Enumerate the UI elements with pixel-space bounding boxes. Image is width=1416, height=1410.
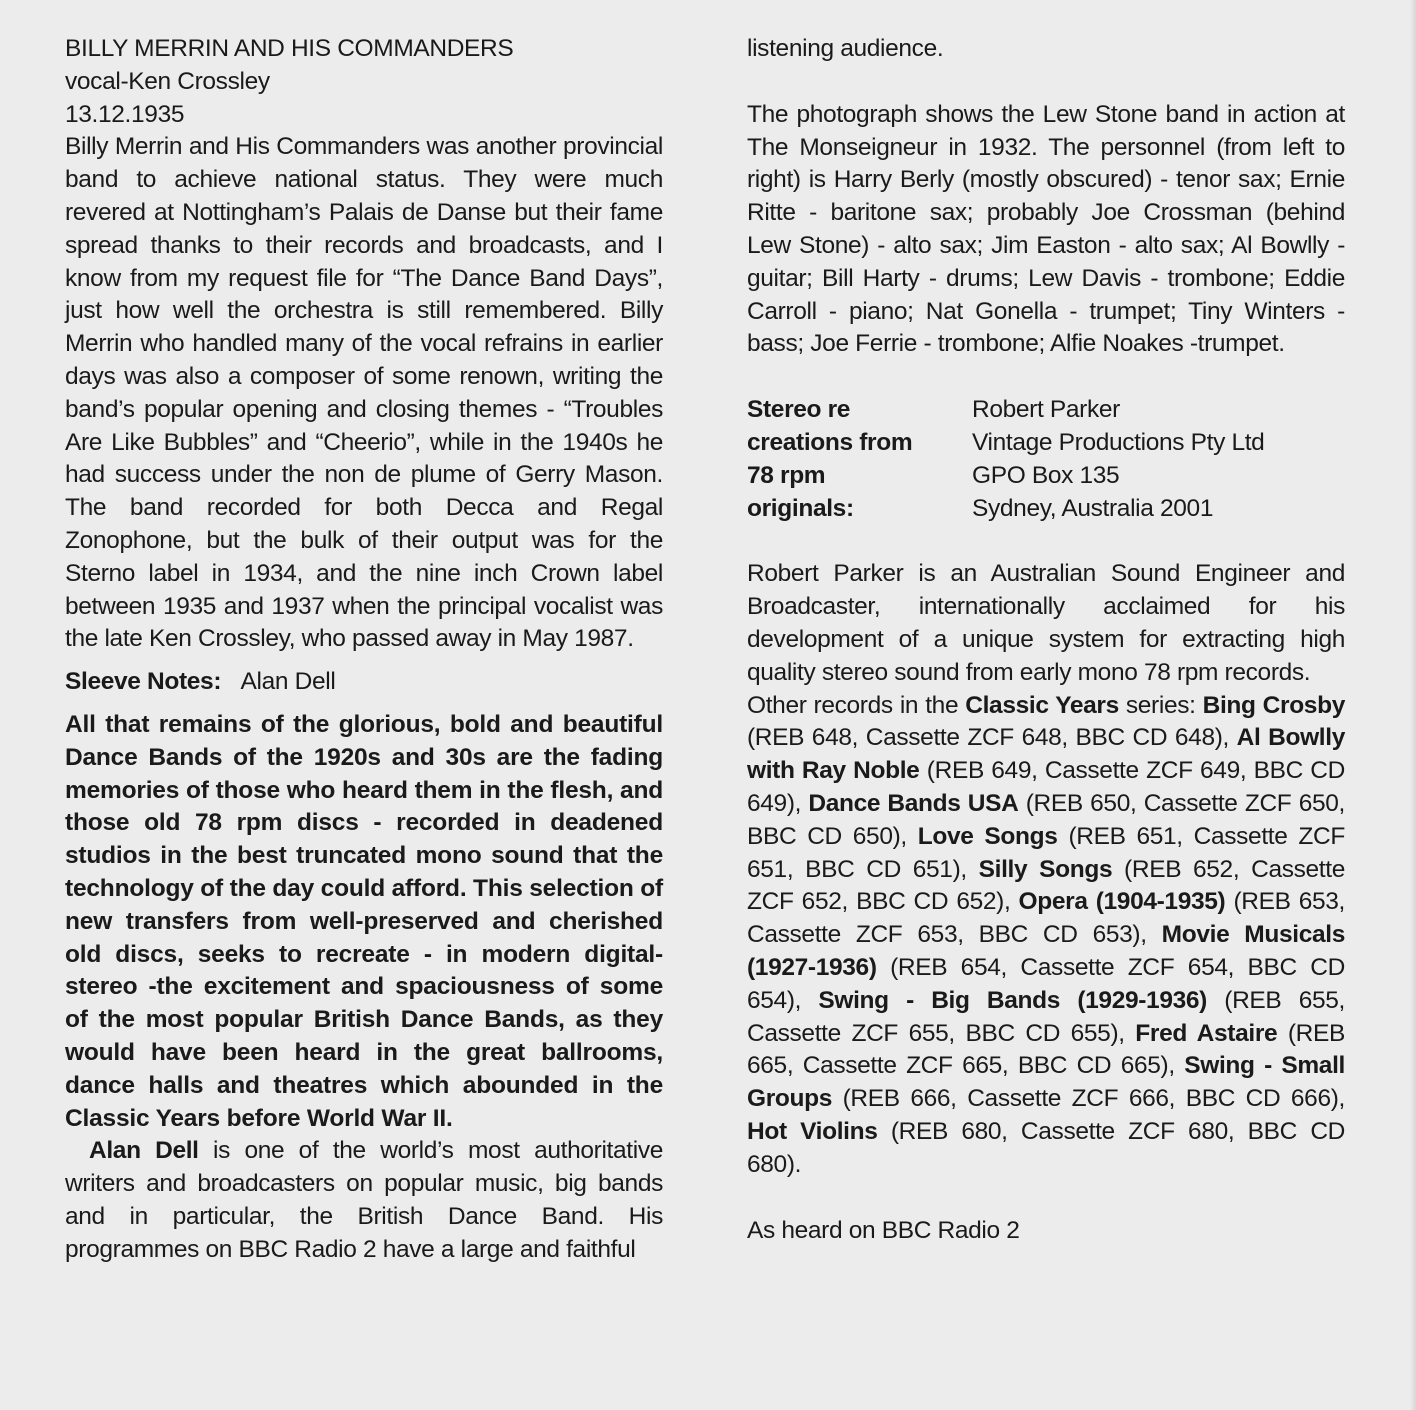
band-title: BILLY MERRIN AND HIS COMMANDERS [65,33,663,66]
track-header: BILLY MERRIN AND HIS COMMANDERS vocal-Ke… [65,33,663,131]
right-column: listening audience. The photograph shows… [747,33,1345,1247]
record-title: Opera (1904-1935) [1019,888,1226,915]
record-title: Silly Songs [979,856,1113,883]
record-entry: Hot Violins (REB 680, Cassette ZCF 680, … [747,1118,1345,1178]
record-title: Swing - Big Bands (1929-1936) [818,987,1207,1014]
author-name: Alan Dell [89,1137,199,1164]
sleeve-notes-credit: Sleeve Notes: Alan Dell [65,666,663,699]
credits-value-line: GPO Box 135 [972,460,1345,493]
record-title: Dance Bands USA [808,790,1018,817]
series-list: Other records in the Classic Years serie… [747,690,1345,1182]
credits-label-line: originals: [747,493,972,526]
record-title: Fred Astaire [1135,1020,1277,1047]
credits-value-line: Sydney, Australia 2001 [972,493,1345,526]
left-column: BILLY MERRIN AND HIS COMMANDERS vocal-Ke… [65,33,663,1266]
credits-label-line: 78 rpm [747,460,972,493]
record-title: Hot Violins [747,1118,878,1145]
record-title: Bing Crosby [1203,692,1345,719]
stereo-credits: Stereo re Robert Parker creations from V… [747,394,1345,525]
series-prefix: Other records in the [747,692,965,719]
credits-label-line: creations from [747,427,972,460]
recording-date: 13.12.1935 [65,99,663,132]
credits-value-line: Robert Parker [972,394,1345,427]
sleeve-notes-label: Sleeve Notes: [65,668,221,695]
record-title: Love Songs [918,823,1058,850]
engineer-bio: Robert Parker is an Australian Sound Eng… [747,558,1345,689]
photo-caption: The photograph shows the Lew Stone band … [747,99,1345,361]
record-refs: (REB 648, Cassette ZCF 648, BBC CD 648), [747,724,1237,751]
record-refs: (REB 666, Cassette ZCF 666, BBC CD 666), [832,1085,1345,1112]
credits-label-line: Stereo re [747,394,972,427]
vocalist: vocal-Ken Crossley [65,66,663,99]
credits-value-line: Vintage Productions Pty Ltd [972,427,1345,460]
author-bio: Alan Dell is one of the world’s most aut… [65,1135,663,1266]
page-edge-shadow [1410,0,1416,1410]
series-suffix: series: [1119,692,1203,719]
intro-paragraph: All that remains of the glorious, bold a… [65,709,663,1135]
sleeve-notes-author: Alan Dell [241,668,336,695]
series-name: Classic Years [965,692,1119,719]
band-biography: Billy Merrin and His Commanders was anot… [65,131,663,656]
radio-footer: As heard on BBC Radio 2 [747,1215,1345,1248]
continuation-text: listening audience. [747,33,1345,66]
